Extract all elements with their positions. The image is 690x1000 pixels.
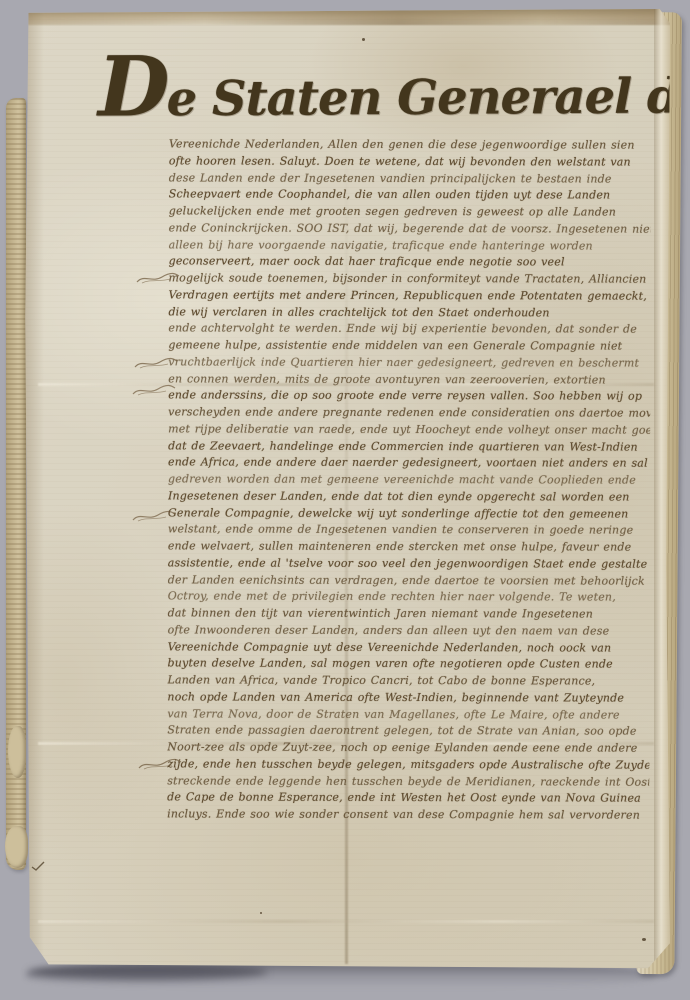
manuscript-text-line: met rijpe deliberatie van raede, ende uy… [168, 421, 650, 439]
manuscript-text-line: Straten ende passagien daerontrent geleg… [167, 723, 649, 741]
manuscript-text-line: Vereenichde Compagnie uyt dese Vereenich… [168, 639, 650, 657]
manuscript-text-line: ende Africa, ende andere daer naerder ge… [168, 455, 650, 473]
manuscript-text-line: assistentie, ende al 'tselve voor soo ve… [168, 555, 650, 573]
margin-flourish-icon [132, 382, 176, 398]
ink-speck [362, 38, 365, 41]
ink-speck [642, 938, 646, 941]
manuscript-text-line: die wij verclaren in alles crachtelijck … [168, 304, 650, 322]
manuscript-text-line: Octroy, ende met de privilegien ende rec… [168, 589, 650, 607]
parchment-page: De Staten Generael der Vereenichde Neder… [24, 8, 670, 974]
ink-check-mark [30, 860, 46, 872]
manuscript-text-line: Generale Compagnie, dewelcke wij uyt son… [168, 505, 650, 523]
manuscript-text-line: ende achtervolght te werden. Ende wij bi… [168, 321, 650, 339]
manuscript-text-line: gemeene hulpe, assistentie ende middelen… [168, 337, 650, 355]
manuscript-text-line: mogelijck soude toenemen, bijsonder in c… [169, 270, 651, 288]
manuscript-text-line: dat de Zeevaert, handelinge ende Commerc… [168, 438, 650, 456]
manuscript-text-line: Landen van Africa, vande Tropico Cancri,… [167, 672, 649, 690]
manuscript-text-line: en connen werden, mits de groote avontuy… [168, 371, 650, 389]
manuscript-text-line: gedreven worden dan met gemeene vereenic… [168, 471, 650, 489]
binding-lace-lump [8, 726, 26, 778]
margin-flourish-icon [134, 355, 178, 371]
ink-speck [260, 912, 262, 914]
manuscript-text-line: ende welvaert, sullen mainteneren ende s… [168, 538, 650, 556]
margin-flourish-icon [136, 270, 180, 286]
manuscript-text-line: ende Coninckrijcken. SOO IST, dat wij, b… [169, 220, 651, 238]
manuscript-text-line: verscheyden ende andere pregnante redene… [168, 404, 650, 422]
manuscript-text-line: Scheepvaert ende Coophandel, die van all… [169, 187, 651, 205]
manuscript-text-block: Vereenichde Nederlanden, Allen den genen… [167, 136, 651, 831]
manuscript-text-line: ende anderssins, die op soo groote ende … [168, 388, 650, 406]
manuscript-text-line: noch opde Landen van America ofte West-I… [167, 689, 649, 707]
manuscript-text-line: zijde, ende hen tusschen beyde gelegen, … [167, 756, 649, 774]
manuscript-text-line: streckende ende leggende hen tusschen be… [167, 773, 649, 791]
manuscript-text-line: der Landen eenichsints can verdragen, en… [168, 572, 650, 590]
manuscript-text-line: ofte Inwoonderen deser Landen, anders da… [168, 622, 650, 640]
manuscript-text-line: geconserveert, maer oock dat haer trafic… [169, 254, 651, 272]
page-shadow-left [28, 964, 268, 980]
manuscript-text-line: ofte hooren lesen. Saluyt. Doen te weten… [169, 153, 651, 171]
manuscript-text-line: Vereenichde Nederlanden, Allen den genen… [169, 136, 651, 154]
page-top-edge [24, 8, 670, 25]
manuscript-text-line: de Cape de bonne Esperance, ende int Wes… [167, 790, 649, 808]
horizontal-crease [38, 920, 654, 923]
manuscript-text-line: van Terra Nova, door de Straten van Mage… [167, 706, 649, 724]
manuscript-text-line: Verdragen eertijts met andere Princen, R… [168, 287, 650, 305]
margin-flourish-icon [138, 756, 182, 772]
manuscript-text-line: dese Landen ende der Ingesetenen vandien… [169, 170, 651, 188]
binding-lace-lump [5, 826, 28, 868]
manuscript-text-line: dat binnen den tijt van vierentwintich J… [168, 605, 650, 623]
manuscript-text-line: welstant, ende omme de Ingesetenen vandi… [168, 522, 650, 540]
archival-photo: De Staten Generael der Vereenichde Neder… [0, 0, 690, 1000]
document-title: De Staten Generael der [98, 34, 685, 149]
manuscript-text-line: alleen bij hare voorgaende navigatie, tr… [169, 237, 651, 255]
manuscript-text-line: incluys. Ende soo wie sonder consent van… [167, 806, 649, 824]
page-left-edge-shade [24, 8, 44, 974]
manuscript-text-line: geluckelijcken ende met grooten segen ge… [169, 203, 651, 221]
manuscript-text-line: vruchtbaerlijck inde Quartieren hier nae… [168, 354, 650, 372]
manuscript-text-line: buyten deselve Landen, sal mogen varen o… [168, 656, 650, 674]
manuscript-text-line: Ingesetenen deser Landen, ende dat tot d… [168, 488, 650, 506]
manuscript-text-line: Noort-zee als opde Zuyt-zee, noch op een… [167, 739, 649, 757]
margin-flourish-icon [132, 508, 176, 524]
